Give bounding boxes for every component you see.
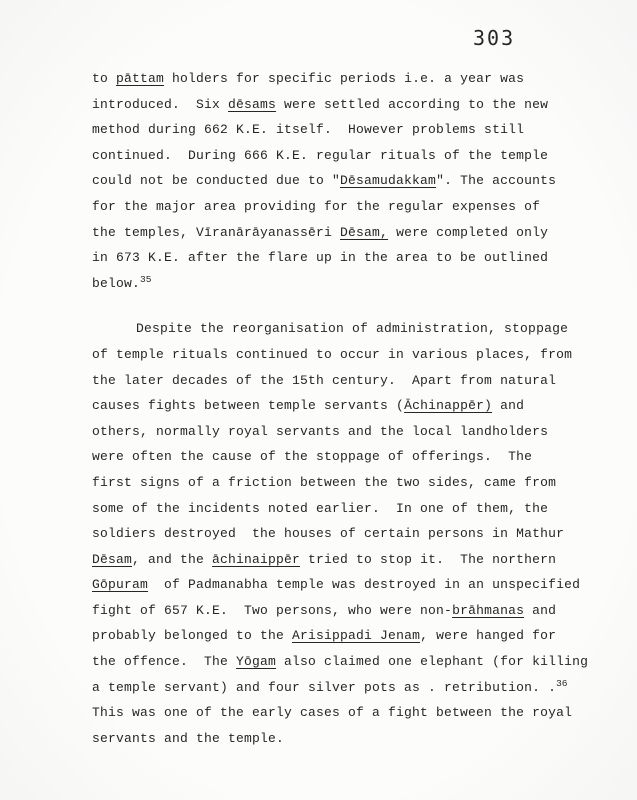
text-run: first signs of a friction between the tw… (92, 475, 556, 490)
text-run: of Padmanabha temple was destroyed in an… (148, 577, 580, 592)
text-line: below.35 (92, 271, 592, 297)
text-line: servants and the temple. (92, 726, 592, 752)
text-run: for the major area providing for the reg… (92, 199, 540, 214)
underlined-term: dēsams (228, 97, 276, 112)
text-run: were completed only (388, 225, 548, 240)
text-line: the offence. The Yōgam also claimed one … (92, 649, 592, 675)
text-run: were often the cause of the stoppage of … (92, 449, 532, 464)
text-run: also claimed one elephant (for killing (276, 654, 588, 669)
text-run: the temples, Vīranārāyanassēri (92, 225, 340, 240)
text-run: probably belonged to the (92, 628, 292, 643)
text-run: tried to stop it. The northern (300, 552, 556, 567)
text-run: , and the (132, 552, 212, 567)
text-line: for the major area providing for the reg… (92, 194, 592, 220)
text-run: soldiers destroyed the houses of certain… (92, 526, 564, 541)
text-line: were often the cause of the stoppage of … (92, 444, 592, 470)
text-run: causes fights between temple servants ( (92, 398, 404, 413)
text-run: the later decades of the 15th century. A… (92, 373, 556, 388)
text-line: Despite the reorganisation of administra… (92, 316, 592, 342)
text-line: some of the incidents noted earlier. In … (92, 496, 592, 522)
text-run: continued. During 666 K.E. regular ritua… (92, 148, 548, 163)
text-run: could not be conducted due to " (92, 173, 340, 188)
underlined-term: pāttam (116, 71, 164, 86)
text-line: could not be conducted due to "Dēsamudak… (92, 168, 592, 194)
text-line: probably belonged to the Arisippadi Jena… (92, 623, 592, 649)
text-line: Gōpuram of Padmanabha temple was destroy… (92, 572, 592, 598)
text-line: others, normally royal servants and the … (92, 419, 592, 445)
text-run: method during 662 K.E. itself. However p… (92, 122, 524, 137)
text-run: were settled according to the new (276, 97, 548, 112)
text-run: ". The accounts (436, 173, 556, 188)
text-line: fight of 657 K.E. Two persons, who were … (92, 598, 592, 624)
text-line: of temple rituals continued to occur in … (92, 342, 592, 368)
text-run: Despite the reorganisation of administra… (136, 321, 568, 336)
page-number: 303 (473, 26, 515, 50)
text-run: of temple rituals continued to occur in … (92, 347, 572, 362)
footnote-reference: 36 (556, 678, 567, 689)
text-run: below. (92, 276, 140, 291)
text-run: the offence. The (92, 654, 236, 669)
underlined-term: brāhmanas (452, 603, 524, 618)
text-run: and (524, 603, 556, 618)
text-run: fight of 657 K.E. Two persons, who were … (92, 603, 452, 618)
document-page: 303 to pāttam holders for specific perio… (0, 0, 637, 800)
text-run: This was one of the early cases of a fig… (92, 705, 572, 720)
text-line: method during 662 K.E. itself. However p… (92, 117, 592, 143)
underlined-term: Arisippadi Jenam (292, 628, 420, 643)
text-line: first signs of a friction between the tw… (92, 470, 592, 496)
text-line: the later decades of the 15th century. A… (92, 368, 592, 394)
text-run: and (492, 398, 524, 413)
text-line: a temple servant) and four silver pots a… (92, 675, 592, 701)
underlined-term: Āchinappēr) (404, 398, 492, 413)
footnote-reference: 35 (140, 274, 151, 285)
underlined-term: Yōgam (236, 654, 276, 669)
text-run: others, normally royal servants and the … (92, 424, 548, 439)
text-line: Dēsam, and the āchinaippēr tried to stop… (92, 547, 592, 573)
text-run: introduced. Six (92, 97, 228, 112)
text-line: to pāttam holders for specific periods i… (92, 66, 592, 92)
text-line: continued. During 666 K.E. regular ritua… (92, 143, 592, 169)
text-line: causes fights between temple servants (Ā… (92, 393, 592, 419)
text-run: some of the incidents noted earlier. In … (92, 501, 548, 516)
text-line: the temples, Vīranārāyanassēri Dēsam, we… (92, 220, 592, 246)
text-run: a temple servant) and four silver pots a… (92, 680, 556, 695)
text-run: servants and the temple. (92, 731, 284, 746)
underlined-term: Dēsamudakkam (340, 173, 436, 188)
text-line: in 673 K.E. after the flare up in the ar… (92, 245, 592, 271)
text-line: This was one of the early cases of a fig… (92, 700, 592, 726)
text-run: holders for specific periods i.e. a year… (164, 71, 524, 86)
underlined-term: Dēsam, (340, 225, 388, 240)
text-line: soldiers destroyed the houses of certain… (92, 521, 592, 547)
underlined-term: āchinaippēr (212, 552, 300, 567)
underlined-term: Gōpuram (92, 577, 148, 592)
text-line: introduced. Six dēsams were settled acco… (92, 92, 592, 118)
text-run: in 673 K.E. after the flare up in the ar… (92, 250, 548, 265)
underlined-term: Dēsam (92, 552, 132, 567)
text-run: , were hanged for (420, 628, 556, 643)
text-run: to (92, 71, 116, 86)
page-body: to pāttam holders for specific periods i… (92, 66, 592, 751)
